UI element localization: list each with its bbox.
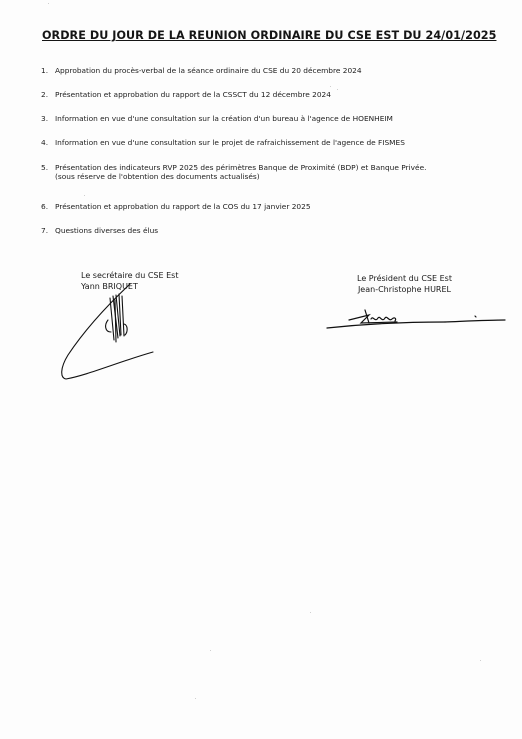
agenda-item-number: 1.	[41, 66, 55, 75]
scan-speck	[210, 650, 211, 651]
agenda-item-number: 3.	[41, 114, 55, 123]
scan-speck	[480, 660, 481, 661]
scan-speck	[330, 86, 331, 87]
agenda-item-text: Information en vue d'une consultation su…	[55, 114, 393, 123]
agenda-item-number: 4.	[41, 138, 55, 147]
agenda-item-number: 5.	[41, 163, 55, 172]
agenda-item-5: 5. Présentation des indicateurs RVP 2025…	[41, 163, 426, 181]
agenda-item-7: 7.Questions diverses des élus	[41, 226, 158, 235]
secretary-signature-icon	[58, 280, 168, 390]
agenda-item-4: 4.Information en vue d'une consultation …	[41, 138, 405, 147]
president-signature-block: Le Président du CSE Est Jean-Christophe …	[357, 273, 452, 295]
scan-speck	[310, 612, 311, 613]
agenda-item-text: Présentation et approbation du rapport d…	[55, 202, 311, 211]
agenda-item-text-line: (sous réserve de l'obtention des documen…	[55, 172, 426, 181]
president-role: Le Président du CSE Est	[357, 273, 452, 284]
agenda-item-number: 7.	[41, 226, 55, 235]
president-name: Jean-Christophe HUREL	[357, 284, 452, 295]
agenda-item-text: Approbation du procès-verbal de la séanc…	[55, 66, 362, 75]
scan-speck	[48, 3, 49, 4]
agenda-item-text: Information en vue d'une consultation su…	[55, 138, 405, 147]
agenda-item-2: 2.Présentation et approbation du rapport…	[41, 90, 331, 99]
scan-speck	[84, 195, 85, 196]
agenda-item-text: Présentation et approbation du rapport d…	[55, 90, 331, 99]
agenda-item-1: 1.Approbation du procès-verbal de la séa…	[41, 66, 362, 75]
agenda-item-text: Questions diverses des élus	[55, 226, 158, 235]
agenda-item-text: Présentation des indicateurs RVP 2025 de…	[55, 163, 426, 181]
agenda-item-6: 6.Présentation et approbation du rapport…	[41, 202, 311, 211]
president-signature-icon	[325, 305, 510, 335]
agenda-item-text-line: Présentation des indicateurs RVP 2025 de…	[55, 163, 426, 172]
document-title: ORDRE DU JOUR DE LA REUNION ORDINAIRE DU…	[42, 29, 496, 42]
scan-speck	[337, 89, 338, 90]
scan-speck	[195, 698, 196, 699]
agenda-item-3: 3.Information en vue d'une consultation …	[41, 114, 393, 123]
agenda-item-number: 2.	[41, 90, 55, 99]
agenda-item-number: 6.	[41, 202, 55, 211]
